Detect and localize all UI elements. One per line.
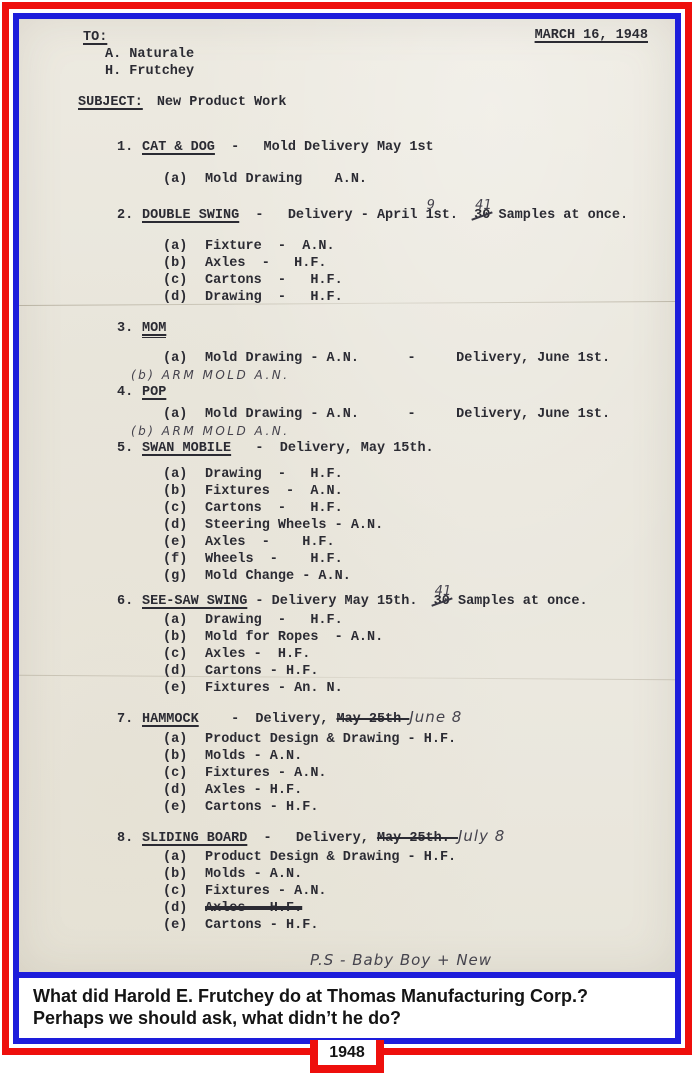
corrected-sample-count: 4130 [474, 207, 490, 224]
item-2-heading: 2.DOUBLE SWING - Delivery - April 91st. … [19, 207, 675, 224]
subject-label: SUBJECT: [78, 95, 143, 110]
item-8-sub-e: (e)Cartons - H.F. [19, 917, 675, 934]
item-7-sub-b: (b)Molds - A.N. [19, 748, 675, 765]
item-5-sub-e: (e)Axles - H.F. [19, 534, 675, 551]
item-1-heading: 1.CAT & DOG - Mold Delivery May 1st [19, 139, 675, 156]
item-3-sub-a: (a)Mold Drawing - A.N. - Delivery, June … [19, 350, 675, 367]
subject-line: SUBJECT:New Product Work [19, 94, 675, 111]
subject-text: New Product Work [157, 95, 287, 110]
item-4-heading: 4.POP [19, 384, 675, 401]
item-6-heading: 6.SEE-SAW SWING - Delivery May 15th. 413… [19, 593, 675, 610]
photo-red-frame: MARCH 16, 1948 TO: A. Naturale H. Frutch… [2, 2, 692, 1055]
item-7-sub-c: (c)Fixtures - A.N. [19, 765, 675, 782]
handwritten-june-8: June 8 [409, 708, 462, 726]
item-7-sub-e: (e)Cartons - H.F. [19, 799, 675, 816]
item-7-heading: 7.HAMMOCK - Delivery, May 25th June 8 [19, 709, 675, 728]
item-1-sub-a: (a)Mold Drawing A.N. [19, 171, 675, 188]
item-6-sub-a: (a)Drawing - H.F. [19, 612, 675, 629]
memo-document: MARCH 16, 1948 TO: A. Naturale H. Frutch… [19, 19, 675, 972]
item-8-sub-d-struck: (d)Axles - H.F. [19, 900, 675, 917]
item-4-handwritten-sub-b: (b) ARM MOLD A.N. [19, 423, 675, 440]
recipient: A. Naturale [19, 46, 675, 63]
item-6-sub-c: (c)Axles - H.F. [19, 646, 675, 663]
corrected-sample-count: 4130 [434, 593, 450, 610]
caption-box: What did Harold E. Frutchey do at Thomas… [19, 972, 675, 1038]
item-7-sub-d: (d)Axles - H.F. [19, 782, 675, 799]
item-5-sub-g: (g)Mold Change - A.N. [19, 568, 675, 585]
struck-delivery-date: May 25th. [377, 831, 458, 846]
item-5-sub-d: (d)Steering Wheels - A.N. [19, 517, 675, 534]
struck-delivery-date: May 25th [336, 712, 409, 727]
handwritten-postscript: P.S - Baby Boy + New [19, 952, 675, 969]
item-4-sub-a: (a)Mold Drawing - A.N. - Delivery, June … [19, 406, 675, 423]
item-8-sub-a: (a)Product Design & Drawing - H.F. [19, 849, 675, 866]
item-5-sub-b: (b)Fixtures - A.N. [19, 483, 675, 500]
handwritten-july-8: July 8 [458, 827, 505, 845]
item-2-sub-b: (b)Axles - H.F. [19, 255, 675, 272]
item-5-sub-a: (a)Drawing - H.F. [19, 466, 675, 483]
caption-line-1: What did Harold E. Frutchey do at Thomas… [33, 985, 665, 1007]
item-7-sub-a: (a)Product Design & Drawing - H.F. [19, 731, 675, 748]
item-6-sub-b: (b)Mold for Ropes - A.N. [19, 629, 675, 646]
item-2-sub-a: (a)Fixture - A.N. [19, 238, 675, 255]
item-3-heading: 3.MOM [19, 320, 675, 337]
item-3-handwritten-sub-b: (b) ARM MOLD A.N. [19, 367, 675, 384]
scanned-memo-page: { "colors":{"frame_red":"#ee0f0c","frame… [0, 0, 694, 1080]
item-5-sub-c: (c)Cartons - H.F. [19, 500, 675, 517]
item-5-sub-f: (f)Wheels - H.F. [19, 551, 675, 568]
handwritten-9: 9 [427, 199, 435, 212]
overwritten-date: 91st. [426, 207, 458, 224]
memo-date: MARCH 16, 1948 [535, 27, 648, 44]
year-tab: 1948 [310, 1040, 384, 1073]
caption-line-2: Perhaps we should ask, what didn’t he do… [33, 1007, 665, 1029]
item-8-heading: 8.SLIDING BOARD - Delivery, May 25th. Ju… [19, 828, 675, 847]
recipient: H. Frutchey [19, 63, 675, 80]
item-5-heading: 5.SWAN MOBILE - Delivery, May 15th. [19, 440, 675, 457]
item-2-sub-c: (c)Cartons - H.F. [19, 272, 675, 289]
item-8-sub-b: (b)Molds - A.N. [19, 866, 675, 883]
item-8-sub-c: (c)Fixtures - A.N. [19, 883, 675, 900]
photo-blue-frame: MARCH 16, 1948 TO: A. Naturale H. Frutch… [13, 13, 681, 1044]
item-6-sub-e: (e)Fixtures - An. N. [19, 680, 675, 697]
